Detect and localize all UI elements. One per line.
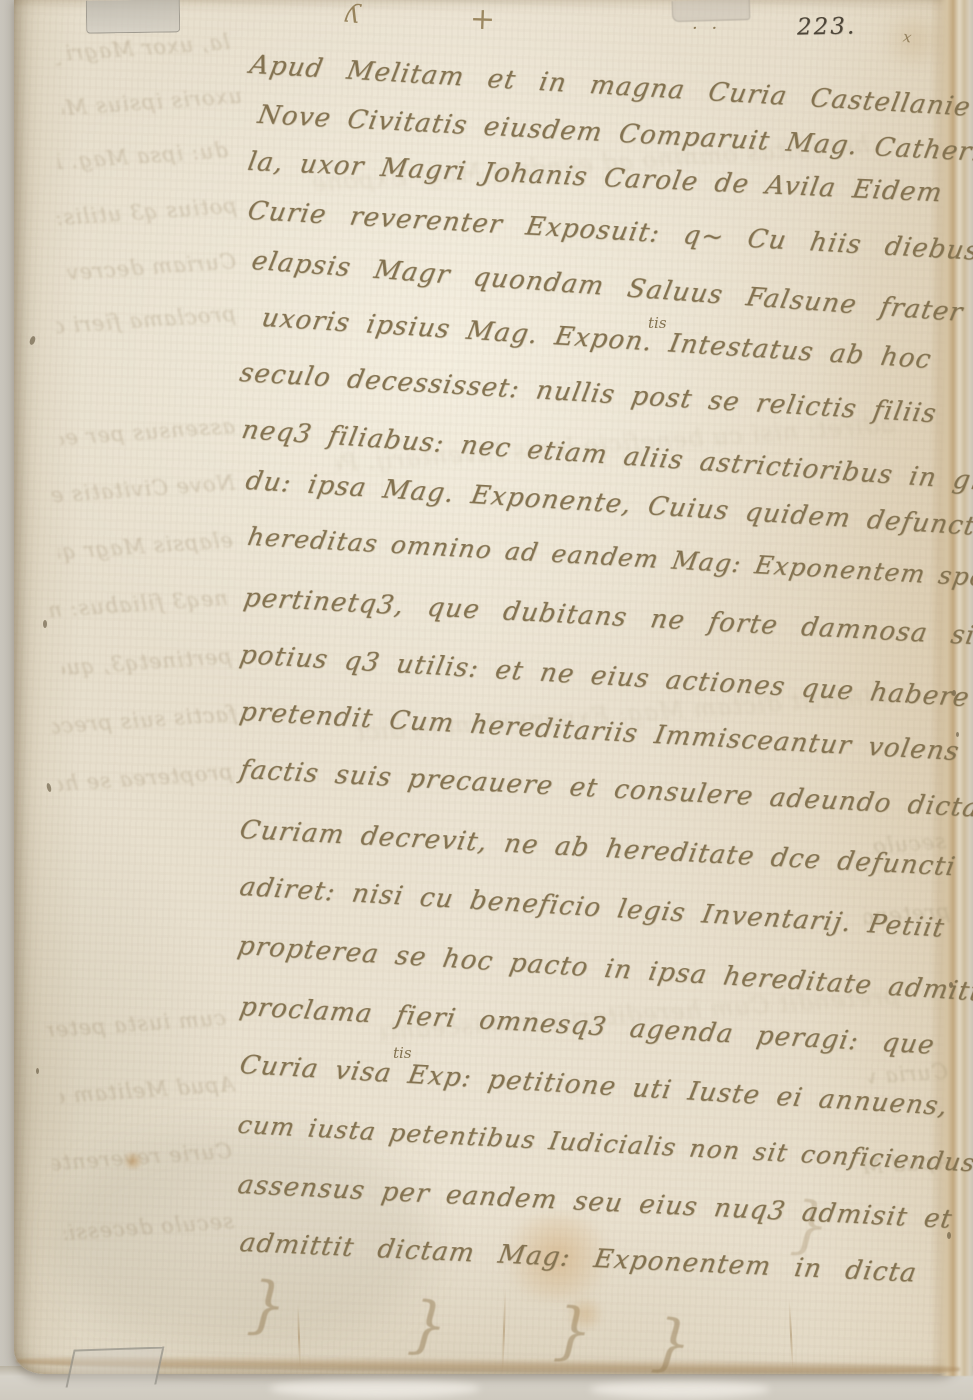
under-page-highlight bbox=[590, 1380, 770, 1398]
showthrough-brace: } bbox=[245, 1267, 288, 1342]
showthrough-brace: } bbox=[552, 1293, 594, 1367]
pen-trial-mark: y bbox=[343, 1, 361, 32]
ink-dots: · · bbox=[692, 18, 721, 39]
showthrough-brace: } bbox=[649, 1304, 695, 1380]
under-page-highlight bbox=[270, 1378, 480, 1398]
binding-speck bbox=[36, 1068, 39, 1074]
archive-tab-bottom-left bbox=[66, 1346, 165, 1387]
archive-tab-top-left bbox=[86, 0, 180, 34]
superscript-abbreviation: tis bbox=[648, 314, 667, 332]
manuscript-scan: 223. y + · · x la, uxor Magri Johanis Ca… bbox=[0, 0, 973, 1400]
superscript-abbreviation: tis bbox=[393, 1044, 412, 1062]
folio-number: 223. bbox=[797, 13, 857, 40]
showthrough-brace: } bbox=[406, 1287, 450, 1363]
invocation-cross-icon: + bbox=[469, 2, 495, 38]
binding-speck bbox=[43, 620, 47, 628]
